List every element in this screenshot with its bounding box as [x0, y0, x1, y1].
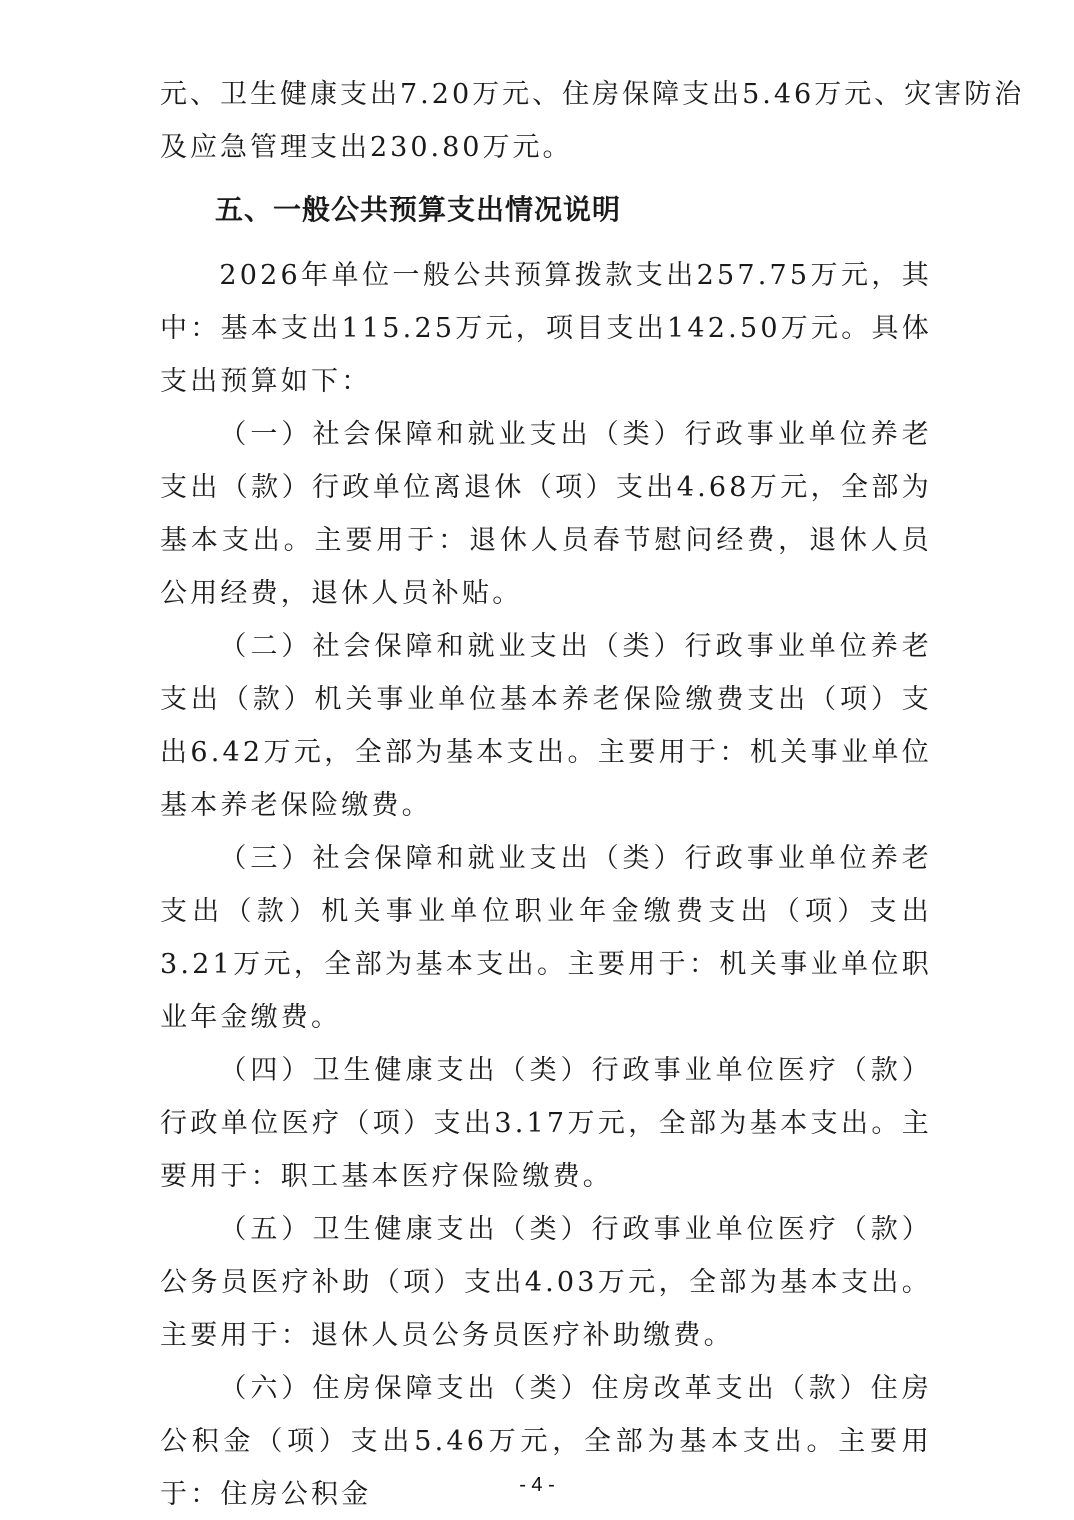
paragraph-item-4: （四）卫生健康支出（类）行政事业单位医疗（款）行政单位医疗（项）支出3.17万元… [160, 1044, 932, 1203]
continuation-line-2: 及应急管理支出230.80万元。 [160, 121, 932, 174]
section-heading: 五、一般公共预算支出情况说明 [160, 183, 932, 236]
document-page: 元、卫生健康支出7.20万元、住房保障支出5.46万元、灾害防治 及应急管理支出… [160, 68, 932, 1520]
page-number: - 4 - [0, 1474, 1074, 1497]
paragraph-item-1: （一）社会保障和就业支出（类）行政事业单位养老支出（款）行政单位离退休（项）支出… [160, 408, 932, 620]
paragraph-item-3: （三）社会保障和就业支出（类）行政事业单位养老支出（款）机关事业单位职业年金缴费… [160, 832, 932, 1044]
continuation-line-1: 元、卫生健康支出7.20万元、住房保障支出5.46万元、灾害防治 [160, 68, 932, 121]
paragraph-item-2: （二）社会保障和就业支出（类）行政事业单位养老支出（款）机关事业单位基本养老保险… [160, 620, 932, 832]
paragraph-summary: 2026年单位一般公共预算拨款支出257.75万元，其中：基本支出115.25万… [160, 249, 932, 408]
paragraph-item-5: （五）卫生健康支出（类）行政事业单位医疗（款）公务员医疗补助（项）支出4.03万… [160, 1203, 932, 1362]
